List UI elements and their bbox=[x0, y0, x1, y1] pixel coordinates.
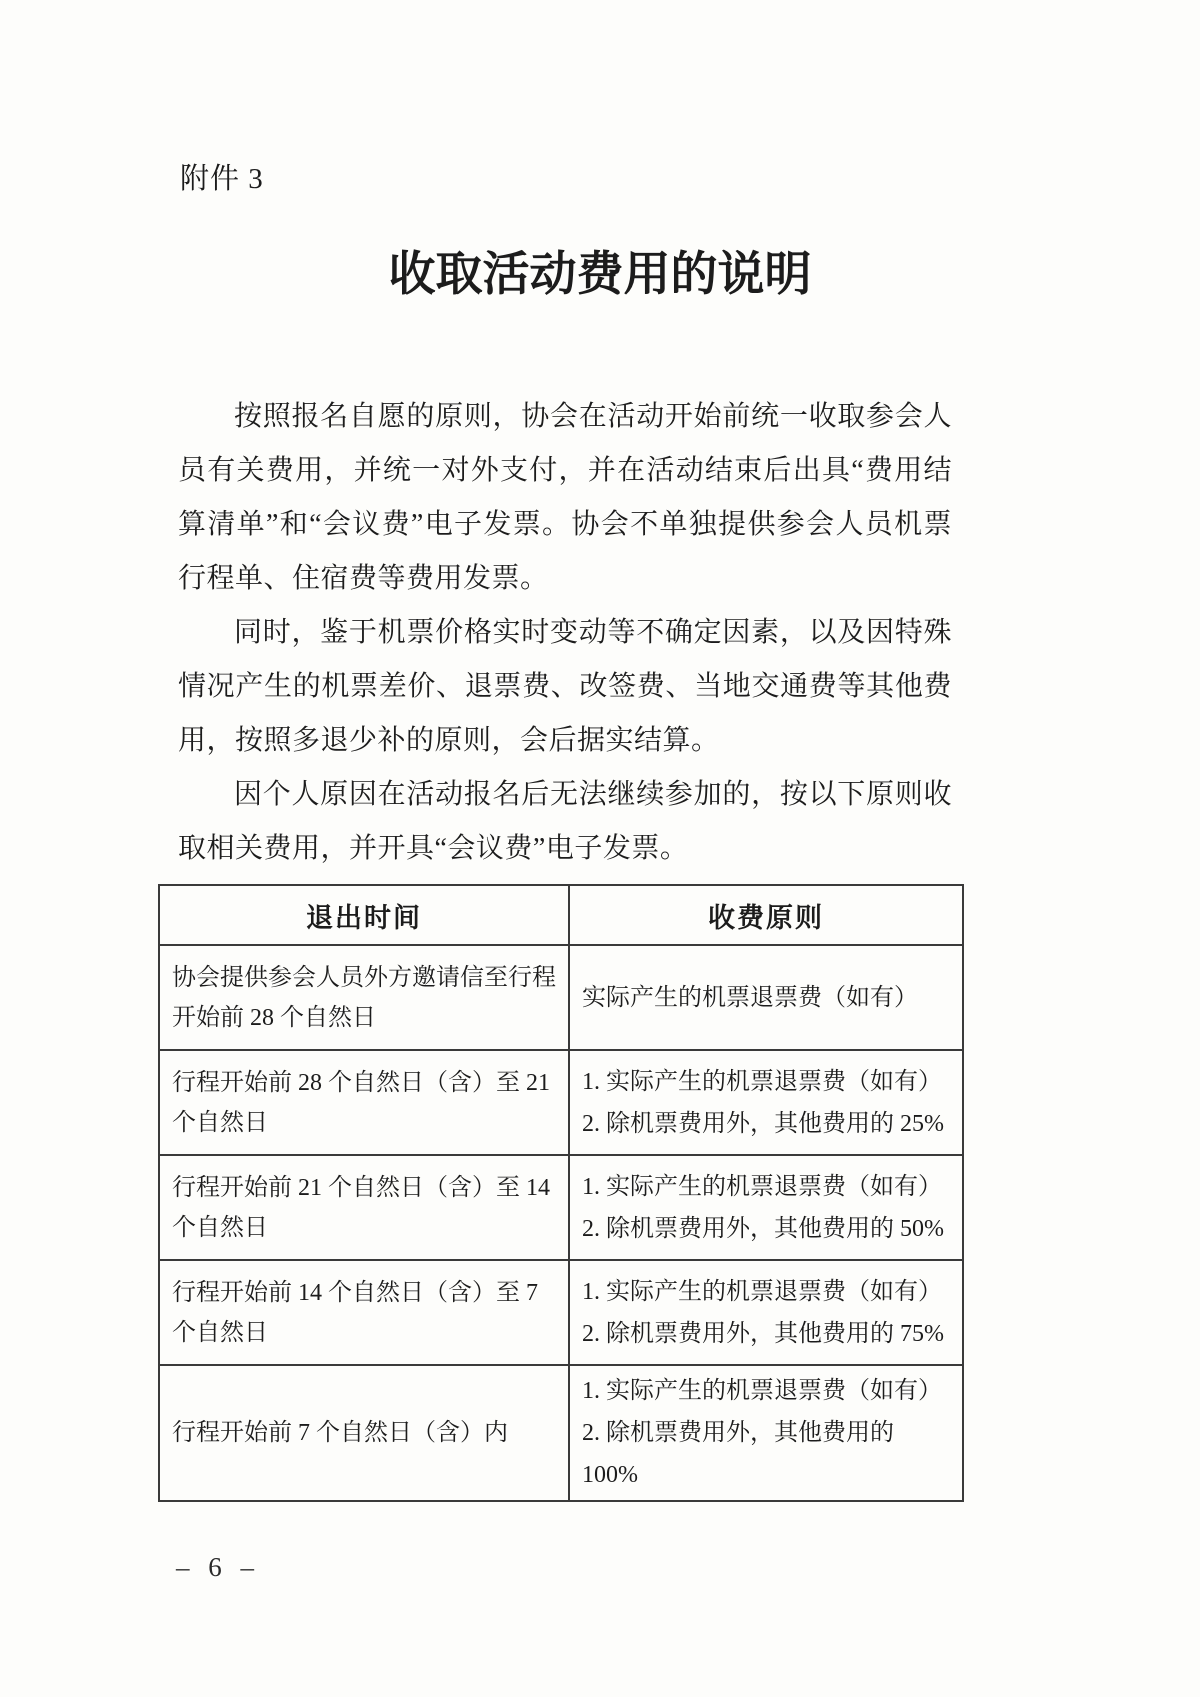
cell-fee-principle: 1. 实际产生的机票退票费（如有） 2. 除机票费用外，其他费用的 100% bbox=[569, 1365, 963, 1501]
cell-fee-principle: 1. 实际产生的机票退票费（如有） 2. 除机票费用外，其他费用的 25% bbox=[569, 1050, 963, 1155]
document-page: 附件 3 收取活动费用的说明 按照报名自愿的原则，协会在活动开始前统一收取参会人… bbox=[0, 0, 1200, 1697]
cell-exit-time: 行程开始前 7 个自然日（含）内 bbox=[159, 1365, 569, 1501]
principle-line: 2. 除机票费用外，其他费用的 25% bbox=[582, 1103, 952, 1145]
cell-fee-principle: 1. 实际产生的机票退票费（如有） 2. 除机票费用外，其他费用的 75% bbox=[569, 1260, 963, 1365]
principle-line: 实际产生的机票退票费（如有） bbox=[582, 977, 952, 1019]
page-number: – 6 – bbox=[176, 1552, 260, 1583]
paragraph-price-fluctuation: 同时，鉴于机票价格实时变动等不确定因素，以及因特殊情况产生的机票差价、退票费、改… bbox=[178, 606, 952, 768]
cell-exit-time: 行程开始前 21 个自然日（含）至 14 个自然日 bbox=[159, 1155, 569, 1260]
principle-line: 1. 实际产生的机票退票费（如有） bbox=[582, 1166, 952, 1208]
principle-line: 1. 实际产生的机票退票费（如有） bbox=[582, 1370, 952, 1412]
document-title: 收取活动费用的说明 bbox=[0, 245, 1200, 305]
attachment-label: 附件 3 bbox=[180, 160, 264, 198]
table-row: 行程开始前 7 个自然日（含）内 1. 实际产生的机票退票费（如有） 2. 除机… bbox=[159, 1365, 963, 1501]
cell-exit-time: 行程开始前 28 个自然日（含）至 21 个自然日 bbox=[159, 1050, 569, 1155]
table-row: 行程开始前 21 个自然日（含）至 14 个自然日 1. 实际产生的机票退票费（… bbox=[159, 1155, 963, 1260]
cell-fee-principle: 实际产生的机票退票费（如有） bbox=[569, 945, 963, 1050]
cell-exit-time: 协会提供参会人员外方邀请信至行程开始前 28 个自然日 bbox=[159, 945, 569, 1050]
paragraph-fee-collection: 按照报名自愿的原则，协会在活动开始前统一收取参会人员有关费用，并统一对外支付，并… bbox=[178, 390, 952, 606]
principle-line: 2. 除机票费用外，其他费用的 75% bbox=[582, 1313, 952, 1355]
cell-exit-time: 行程开始前 14 个自然日（含）至 7 个自然日 bbox=[159, 1260, 569, 1365]
table-row: 行程开始前 28 个自然日（含）至 21 个自然日 1. 实际产生的机票退票费（… bbox=[159, 1050, 963, 1155]
table-row: 协会提供参会人员外方邀请信至行程开始前 28 个自然日 实际产生的机票退票费（如… bbox=[159, 945, 963, 1050]
fee-table-header-row: 退出时间 收费原则 bbox=[159, 885, 963, 945]
document-body: 按照报名自愿的原则，协会在活动开始前统一收取参会人员有关费用，并统一对外支付，并… bbox=[178, 390, 952, 876]
cell-fee-principle: 1. 实际产生的机票退票费（如有） 2. 除机票费用外，其他费用的 50% bbox=[569, 1155, 963, 1260]
paragraph-withdrawal-rule: 因个人原因在活动报名后无法继续参加的，按以下原则收取相关费用，并开具“会议费”电… bbox=[178, 768, 952, 876]
principle-line: 2. 除机票费用外，其他费用的 50% bbox=[582, 1208, 952, 1250]
principle-line: 2. 除机票费用外，其他费用的 100% bbox=[582, 1412, 952, 1496]
table-row: 行程开始前 14 个自然日（含）至 7 个自然日 1. 实际产生的机票退票费（如… bbox=[159, 1260, 963, 1365]
header-fee-principle: 收费原则 bbox=[569, 885, 963, 945]
principle-line: 1. 实际产生的机票退票费（如有） bbox=[582, 1061, 952, 1103]
fee-table: 退出时间 收费原则 协会提供参会人员外方邀请信至行程开始前 28 个自然日 实际… bbox=[158, 884, 964, 1502]
principle-line: 1. 实际产生的机票退票费（如有） bbox=[582, 1271, 952, 1313]
header-exit-time: 退出时间 bbox=[159, 885, 569, 945]
